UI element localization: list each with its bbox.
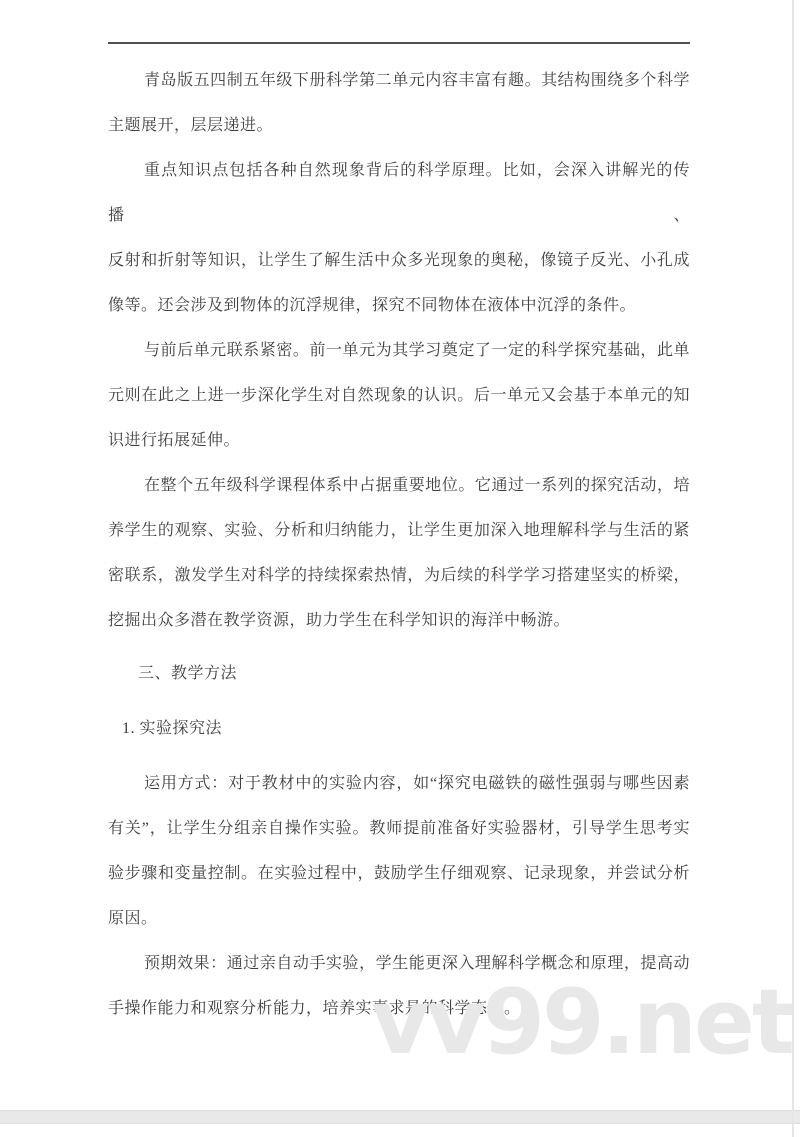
text-line: 像等。还会涉及到物体的沉浮规律，探究不同物体在液体中沉浮的条件。	[108, 283, 690, 328]
text-line: 运用方式：对于教材中的实验内容，如“探究电磁铁的磁性强弱与哪些因素	[108, 761, 690, 806]
horizontal-rule	[108, 42, 690, 44]
text-line: 在整个五年级科学课程体系中占据重要地位。它通过一系列的探究活动，培	[108, 463, 690, 508]
paragraph: 运用方式：对于教材中的实验内容，如“探究电磁铁的磁性强弱与哪些因素有关”，让学生…	[108, 761, 690, 941]
text-line: 识进行拓展延伸。	[108, 418, 690, 463]
heading-level-2: 1. 实验探究法	[108, 706, 690, 751]
text-line: 手操作能力和观察分析能力，培养实事求是的科学态度。	[108, 986, 690, 1031]
text-line: 养学生的观察、实验、分析和归纳能力，让学生更加深入地理解科学与生活的紧	[108, 508, 690, 553]
document-page: 青岛版五四制五年级下册科学第二单元内容丰富有趣。其结构围绕多个科学主题展开，层层…	[0, 0, 800, 1137]
paragraph: 与前后单元联系紧密。前一单元为其学习奠定了一定的科学探究基础，此单元则在此之上进…	[108, 328, 690, 463]
heading-level-1: 三、教学方法	[108, 651, 690, 696]
paragraph: 预期效果：通过亲自动手实验，学生能更深入理解科学概念和原理，提高动手操作能力和观…	[108, 941, 690, 1031]
text-line: 元则在此之上进一步深化学生对自然现象的认识。后一单元又会基于本单元的知	[108, 373, 690, 418]
text-line: 原因。	[108, 896, 690, 941]
heading-text: 三、教学方法	[108, 651, 690, 696]
page-right-edge	[792, 0, 794, 1137]
text-line: 反射和折射等知识，让学生了解生活中众多光现象的奥秘，像镜子反光、小孔成	[108, 238, 690, 283]
document-body: 青岛版五四制五年级下册科学第二单元内容丰富有趣。其结构围绕多个科学主题展开，层层…	[108, 42, 690, 1031]
text-line: 与前后单元联系紧密。前一单元为其学习奠定了一定的科学探究基础，此单	[108, 328, 690, 373]
text-line: 有关”，让学生分组亲自操作实验。教师提前准备好实验器材，引导学生思考实	[108, 806, 690, 851]
text-line: 重点知识点包括各种自然现象背后的科学原理。比如，会深入讲解光的传播、	[108, 148, 690, 238]
paragraph: 青岛版五四制五年级下册科学第二单元内容丰富有趣。其结构围绕多个科学主题展开，层层…	[108, 58, 690, 148]
text-line: 主题展开，层层递进。	[108, 103, 690, 148]
text-line: 验步骤和变量控制。在实验过程中，鼓励学生仔细观察、记录现象，并尝试分析	[108, 851, 690, 896]
paragraph: 重点知识点包括各种自然现象背后的科学原理。比如，会深入讲解光的传播、反射和折射等…	[108, 148, 690, 328]
text-line: 挖掘出众多潜在教学资源，助力学生在科学知识的海洋中畅游。	[108, 598, 690, 643]
text-line: 青岛版五四制五年级下册科学第二单元内容丰富有趣。其结构围绕多个科学	[108, 58, 690, 103]
text-line: 密联系，激发学生对科学的持续探索热情，为后续的科学学习搭建坚实的桥梁，	[108, 553, 690, 598]
text-line: 预期效果：通过亲自动手实验，学生能更深入理解科学概念和原理，提高动	[108, 941, 690, 986]
paragraph: 在整个五年级科学课程体系中占据重要地位。它通过一系列的探究活动，培养学生的观察、…	[108, 463, 690, 643]
page-gap-divider	[0, 1110, 800, 1124]
heading-text: 1. 实验探究法	[108, 706, 690, 751]
